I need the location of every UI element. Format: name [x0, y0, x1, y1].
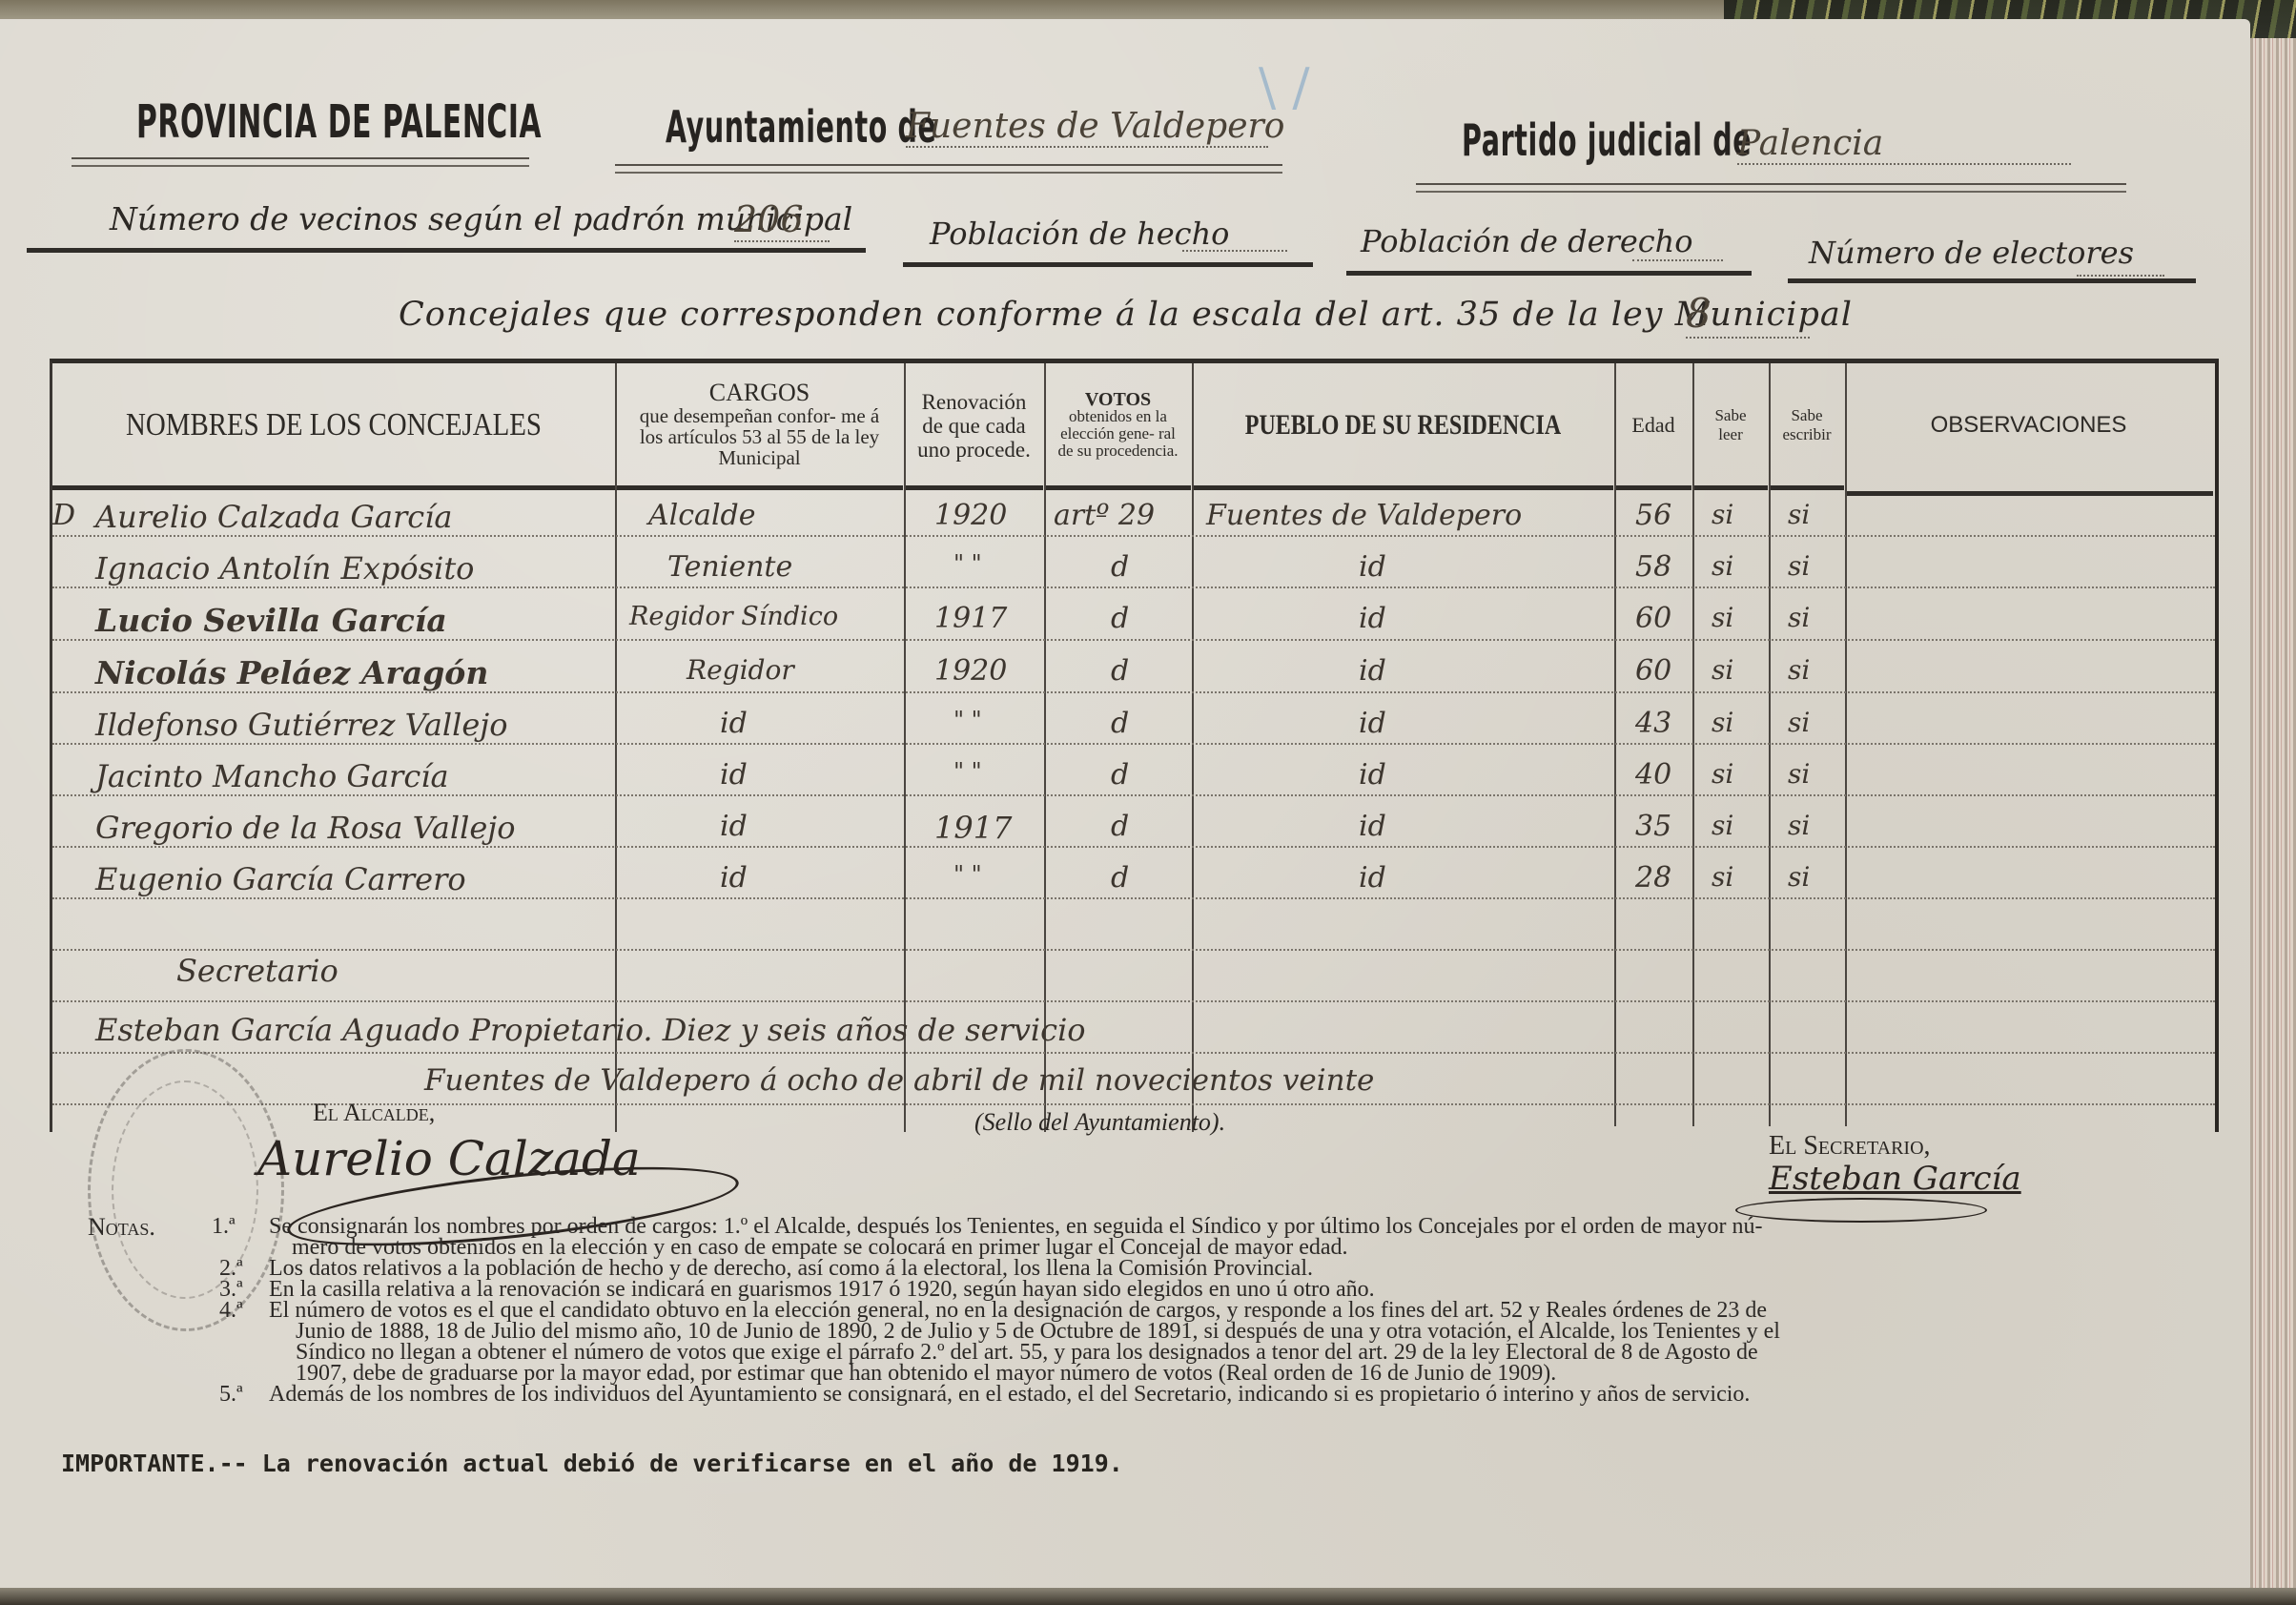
pueblo-cell: id — [1359, 654, 1386, 688]
fecha-line: Fuentes de Valdepero á ocho de abril de … — [424, 1063, 1374, 1098]
electores-field — [2077, 254, 2164, 277]
sabe-escribir-cell: si — [1788, 550, 1810, 582]
pueblo-cell: Fuentes de Valdepero — [1206, 499, 1522, 532]
header-sabe-leer: Sabe leer — [1692, 363, 1769, 487]
header-edad: Edad — [1614, 363, 1692, 487]
header-cargos-title: CARGOS — [709, 382, 810, 403]
row-rule — [52, 1052, 2215, 1054]
cargo-cell: id — [720, 707, 748, 740]
pueblo-cell: id — [1359, 810, 1386, 843]
edad-cell: 58 — [1635, 550, 1671, 584]
row-rule — [52, 794, 2215, 796]
row-rule — [52, 949, 2215, 951]
poblacion-hecho-rule — [903, 262, 1313, 267]
votos-cell: d — [1111, 654, 1129, 688]
sabe-escribir-cell: si — [1788, 654, 1810, 686]
header-underline — [1046, 485, 1191, 490]
note-text: Síndico no llegan a obtener el número de… — [296, 1343, 1758, 1363]
note-number: 2.ª — [219, 1259, 243, 1279]
header-votos: VOTOS obtenidos en la elección gene- ral… — [1044, 363, 1192, 487]
sabe-leer-cell: si — [1712, 758, 1733, 790]
row-rule — [52, 586, 2215, 588]
edad-cell: 60 — [1635, 602, 1671, 635]
edad-cell: 43 — [1635, 707, 1671, 740]
row-rule — [52, 743, 2215, 745]
header-votos-title: VOTOS — [1085, 391, 1151, 408]
ayuntamiento-rule — [615, 164, 1282, 174]
nombre-cell: Ildefonso Gutiérrez Vallejo — [95, 707, 507, 743]
header-underline — [1771, 485, 1844, 490]
header-underline — [1694, 485, 1768, 490]
partido-rule — [1416, 183, 2126, 193]
book-bottom-edge — [0, 1588, 2296, 1605]
note-number: 3.ª — [219, 1280, 243, 1300]
votos-cell: d — [1111, 758, 1129, 792]
sabe-escribir-cell: si — [1788, 758, 1810, 790]
renovacion-cell: 1917 — [934, 602, 1007, 635]
votos-cell: artº 29 — [1054, 499, 1155, 532]
renovacion-cell: 1917 — [934, 810, 1012, 846]
edad-cell: 60 — [1635, 654, 1671, 688]
nombre-cell: Gregorio de la Rosa Vallejo — [95, 810, 515, 846]
edad-cell: 40 — [1635, 758, 1671, 792]
renovacion-cell: " " — [953, 758, 982, 785]
pueblo-cell: id — [1359, 550, 1386, 584]
nombre-cell: Ignacio Antolín Expósito — [95, 550, 474, 586]
header-votos-sub: obtenidos en la elección gene- ral de su… — [1052, 408, 1185, 460]
sabe-escribir-cell: si — [1788, 810, 1810, 841]
header-underline — [1616, 485, 1691, 490]
partido-label: Partido judicial de — [1462, 114, 1752, 166]
row-prefix: D — [52, 499, 75, 532]
secretario-flourish — [1735, 1198, 1987, 1223]
cargo-cell: id — [720, 758, 748, 792]
nombre-cell: Eugenio García Carrero — [95, 861, 466, 897]
poblacion-derecho-rule — [1346, 271, 1752, 276]
row-rule — [52, 639, 2215, 641]
header-underline — [1194, 485, 1613, 490]
cargo-cell: Teniente — [667, 550, 792, 584]
votos-cell: d — [1111, 810, 1129, 843]
pueblo-cell: id — [1359, 707, 1386, 740]
row-rule — [52, 1000, 2215, 1002]
header-nombres: NOMBRES DE LOS CONCEJALES — [94, 363, 573, 487]
cargo-cell: Regidor — [687, 654, 794, 686]
sabe-leer-cell: si — [1712, 602, 1733, 633]
renovacion-cell: 1920 — [934, 654, 1007, 688]
header-underline — [52, 485, 615, 490]
col-divider — [1192, 363, 1194, 1132]
sabe-escribir-cell: si — [1788, 861, 1810, 893]
row-rule — [52, 535, 2215, 537]
notes-label: Notas. — [88, 1217, 155, 1237]
sabe-leer-cell: si — [1712, 499, 1733, 530]
cargo-cell: id — [720, 810, 748, 843]
concejales-table: NOMBRES DE LOS CONCEJALES CARGOS que des… — [50, 359, 2219, 1132]
edad-cell: 35 — [1635, 810, 1671, 843]
row-rule — [52, 691, 2215, 693]
sabe-escribir-cell: si — [1788, 602, 1810, 633]
ayuntamiento-value: Fuentes de Valdepero — [906, 107, 1268, 148]
note-number: 4.ª — [219, 1301, 243, 1321]
sabe-escribir-cell: si — [1788, 707, 1810, 738]
pueblo-cell: id — [1359, 602, 1386, 635]
pueblo-cell: id — [1359, 758, 1386, 792]
header-cargos: CARGOS que desempeñan confor- me á los a… — [615, 363, 904, 487]
sabe-leer-cell: si — [1712, 654, 1733, 686]
concejales-label: Concejales que corresponden conforme á l… — [399, 296, 1853, 334]
secretario-signature: Esteban García — [1769, 1160, 2021, 1198]
provincia-rule — [72, 157, 529, 167]
nombre-cell: Lucio Sevilla García — [95, 602, 447, 639]
note-text: En la casilla relativa a la renovación s… — [269, 1280, 1375, 1300]
sabe-leer-cell: si — [1712, 550, 1733, 582]
nombre-cell: Aurelio Calzada García — [95, 499, 453, 535]
poblacion-hecho-field — [1182, 229, 1287, 252]
cargo-cell: id — [720, 861, 748, 895]
nombre-cell: Nicolás Peláez Aragón — [95, 654, 488, 691]
renovacion-cell: 1920 — [934, 499, 1007, 532]
header-cargos-sub: que desempeñan confor- me á los artículo… — [626, 405, 893, 468]
header-sabe-escribir: Sabe escribir — [1769, 363, 1845, 487]
note-text: Además de los nombres de los individuos … — [269, 1385, 1750, 1405]
row-rule — [52, 846, 2215, 848]
renovacion-cell: " " — [953, 550, 982, 577]
header-underline — [617, 485, 903, 490]
partido-value: Palencia — [1737, 124, 2071, 165]
secretario-label: El Secretario, — [1769, 1131, 1931, 1162]
note-text: Los datos relativos a la población de he… — [269, 1259, 1313, 1279]
secretario-heading: Secretario — [176, 953, 338, 989]
poblacion-derecho-field — [1632, 238, 1723, 261]
municipal-seal-stamp — [88, 1049, 284, 1331]
vecinos-rule — [27, 248, 866, 253]
note-text: El número de votos es el que el candidat… — [269, 1301, 1767, 1321]
votos-cell: d — [1111, 550, 1129, 584]
vecinos-value: 206 — [734, 198, 830, 242]
importante-note: IMPORTANTE.-- La renovación actual debió… — [61, 1450, 1123, 1477]
sabe-escribir-cell: si — [1788, 499, 1810, 530]
header-renovacion: Renovación de que cada uno procede. — [904, 363, 1044, 487]
note-text: 1907, debe de graduarse por la mayor eda… — [296, 1364, 1556, 1384]
note-number: 5.ª — [219, 1385, 243, 1405]
blue-pencil-mark: \ / — [1259, 57, 1373, 114]
page-edges — [2250, 38, 2296, 1593]
note-text: Junio de 1888, 18 de Julio del mismo año… — [296, 1322, 1780, 1342]
header-observaciones: OBSERVACIONES — [1845, 363, 2212, 487]
header-underline — [906, 485, 1043, 490]
sello-label: (Sello del Ayuntamiento). — [974, 1108, 1225, 1137]
edad-cell: 28 — [1635, 861, 1671, 895]
sabe-leer-cell: si — [1712, 810, 1733, 841]
sabe-leer-cell: si — [1712, 861, 1733, 893]
electores-rule — [1788, 278, 2196, 283]
note-text: Se consignarán los nombres por orden de … — [269, 1217, 1763, 1237]
note-text: mero de votos obtenidos en la elección y… — [292, 1238, 1348, 1258]
votos-cell: d — [1111, 861, 1129, 895]
header-pueblo: PUEBLO DE SU RESIDENCIA — [1234, 363, 1571, 487]
nombre-cell: Jacinto Mancho García — [95, 758, 449, 794]
edad-cell: 56 — [1635, 499, 1671, 532]
ayuntamiento-label: Ayuntamiento de — [666, 101, 936, 153]
votos-cell: d — [1111, 707, 1129, 740]
votos-cell: d — [1111, 602, 1129, 635]
alcalde-label: El Alcalde, — [313, 1099, 435, 1127]
row-rule — [52, 897, 2215, 899]
concejales-value: 8 — [1686, 290, 1810, 339]
note-number: 1.ª — [212, 1217, 236, 1237]
provincia-heading: PROVINCIA DE PALENCIA — [136, 95, 542, 149]
secretario-line: Esteban García Aguado Propietario. Diez … — [95, 1012, 1086, 1048]
renovacion-cell: " " — [953, 707, 982, 733]
pueblo-cell: id — [1359, 861, 1386, 895]
sabe-leer-cell: si — [1712, 707, 1733, 738]
document-page: PROVINCIA DE PALENCIA Ayuntamiento de Fu… — [0, 19, 2250, 1593]
cargo-cell: Alcalde — [648, 499, 756, 532]
cargo-cell: Regidor Síndico — [629, 602, 838, 631]
renovacion-cell: " " — [953, 861, 982, 888]
header-underline — [1847, 491, 2213, 496]
